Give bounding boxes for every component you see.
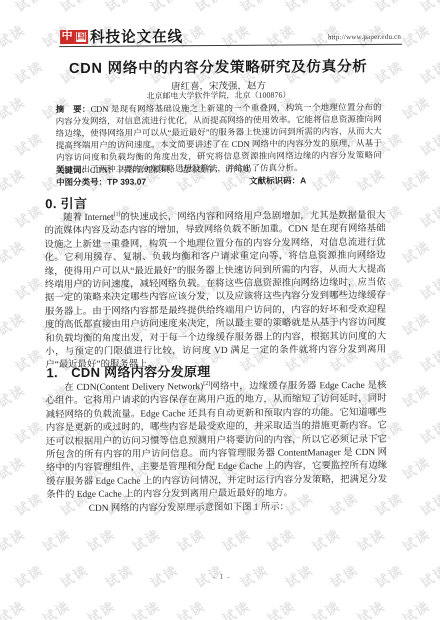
paragraph: 在 CDN(Content Delivery Network)[2]网络中，边缘… xyxy=(45,380,387,503)
site-url-link[interactable]: http://www.paper.edu.cn xyxy=(328,33,401,42)
keywords-text: CDN； 内容管理模块； 边缘缓存； 访问度 xyxy=(90,164,250,175)
site-logo: 中 国 科技论文在线 xyxy=(60,27,183,45)
section-heading-1: 1. CDN 网络内容分发原理 xyxy=(46,361,210,381)
doc-code-value: A xyxy=(300,175,306,185)
page-title: CDN 网络中的内容分发策略研究及仿真分析 xyxy=(18,55,418,79)
page-number: - 1 - xyxy=(2,570,440,582)
page-content: 中 国 科技论文在线 http://www.paper.edu.cn CDN 网… xyxy=(0,0,440,620)
paragraph: 随着 Internet[1]的快速成长，网络内容和网络用户急剧增加，尤其是数据量… xyxy=(44,210,386,373)
section-0-body: 随着 Internet[1]的快速成长，网络内容和网络用户急剧增加，尤其是数据量… xyxy=(44,210,386,373)
classification-line: 中图分类号：TP 393.07 文献标识码：A xyxy=(56,174,402,188)
clc: 中图分类号：TP 393.07 xyxy=(56,177,146,188)
section-heading-0: 0. 引言 xyxy=(45,193,87,212)
doc-code: 文献标识码：A xyxy=(249,174,306,186)
logo-guo-icon: 国 xyxy=(74,29,88,43)
clc-value: TP 393.07 xyxy=(107,177,146,187)
paragraph: CDN 网络的内容分发原理示意图如下图 1 所示： xyxy=(46,500,387,516)
logo-name: 科技论文在线 xyxy=(90,25,183,48)
logo-zhong-icon: 中 xyxy=(60,30,74,44)
paper-page: 试读试读试读试读试读试读试读试读试读试读试读试读试读试读试读试读试读试读试读试读… xyxy=(0,0,440,620)
abstract-label: 摘 要： xyxy=(56,104,91,114)
section-1-body: 在 CDN(Content Delivery Network)[2]网络中，边缘… xyxy=(45,380,387,516)
keywords-label: 关键词： xyxy=(56,165,90,175)
